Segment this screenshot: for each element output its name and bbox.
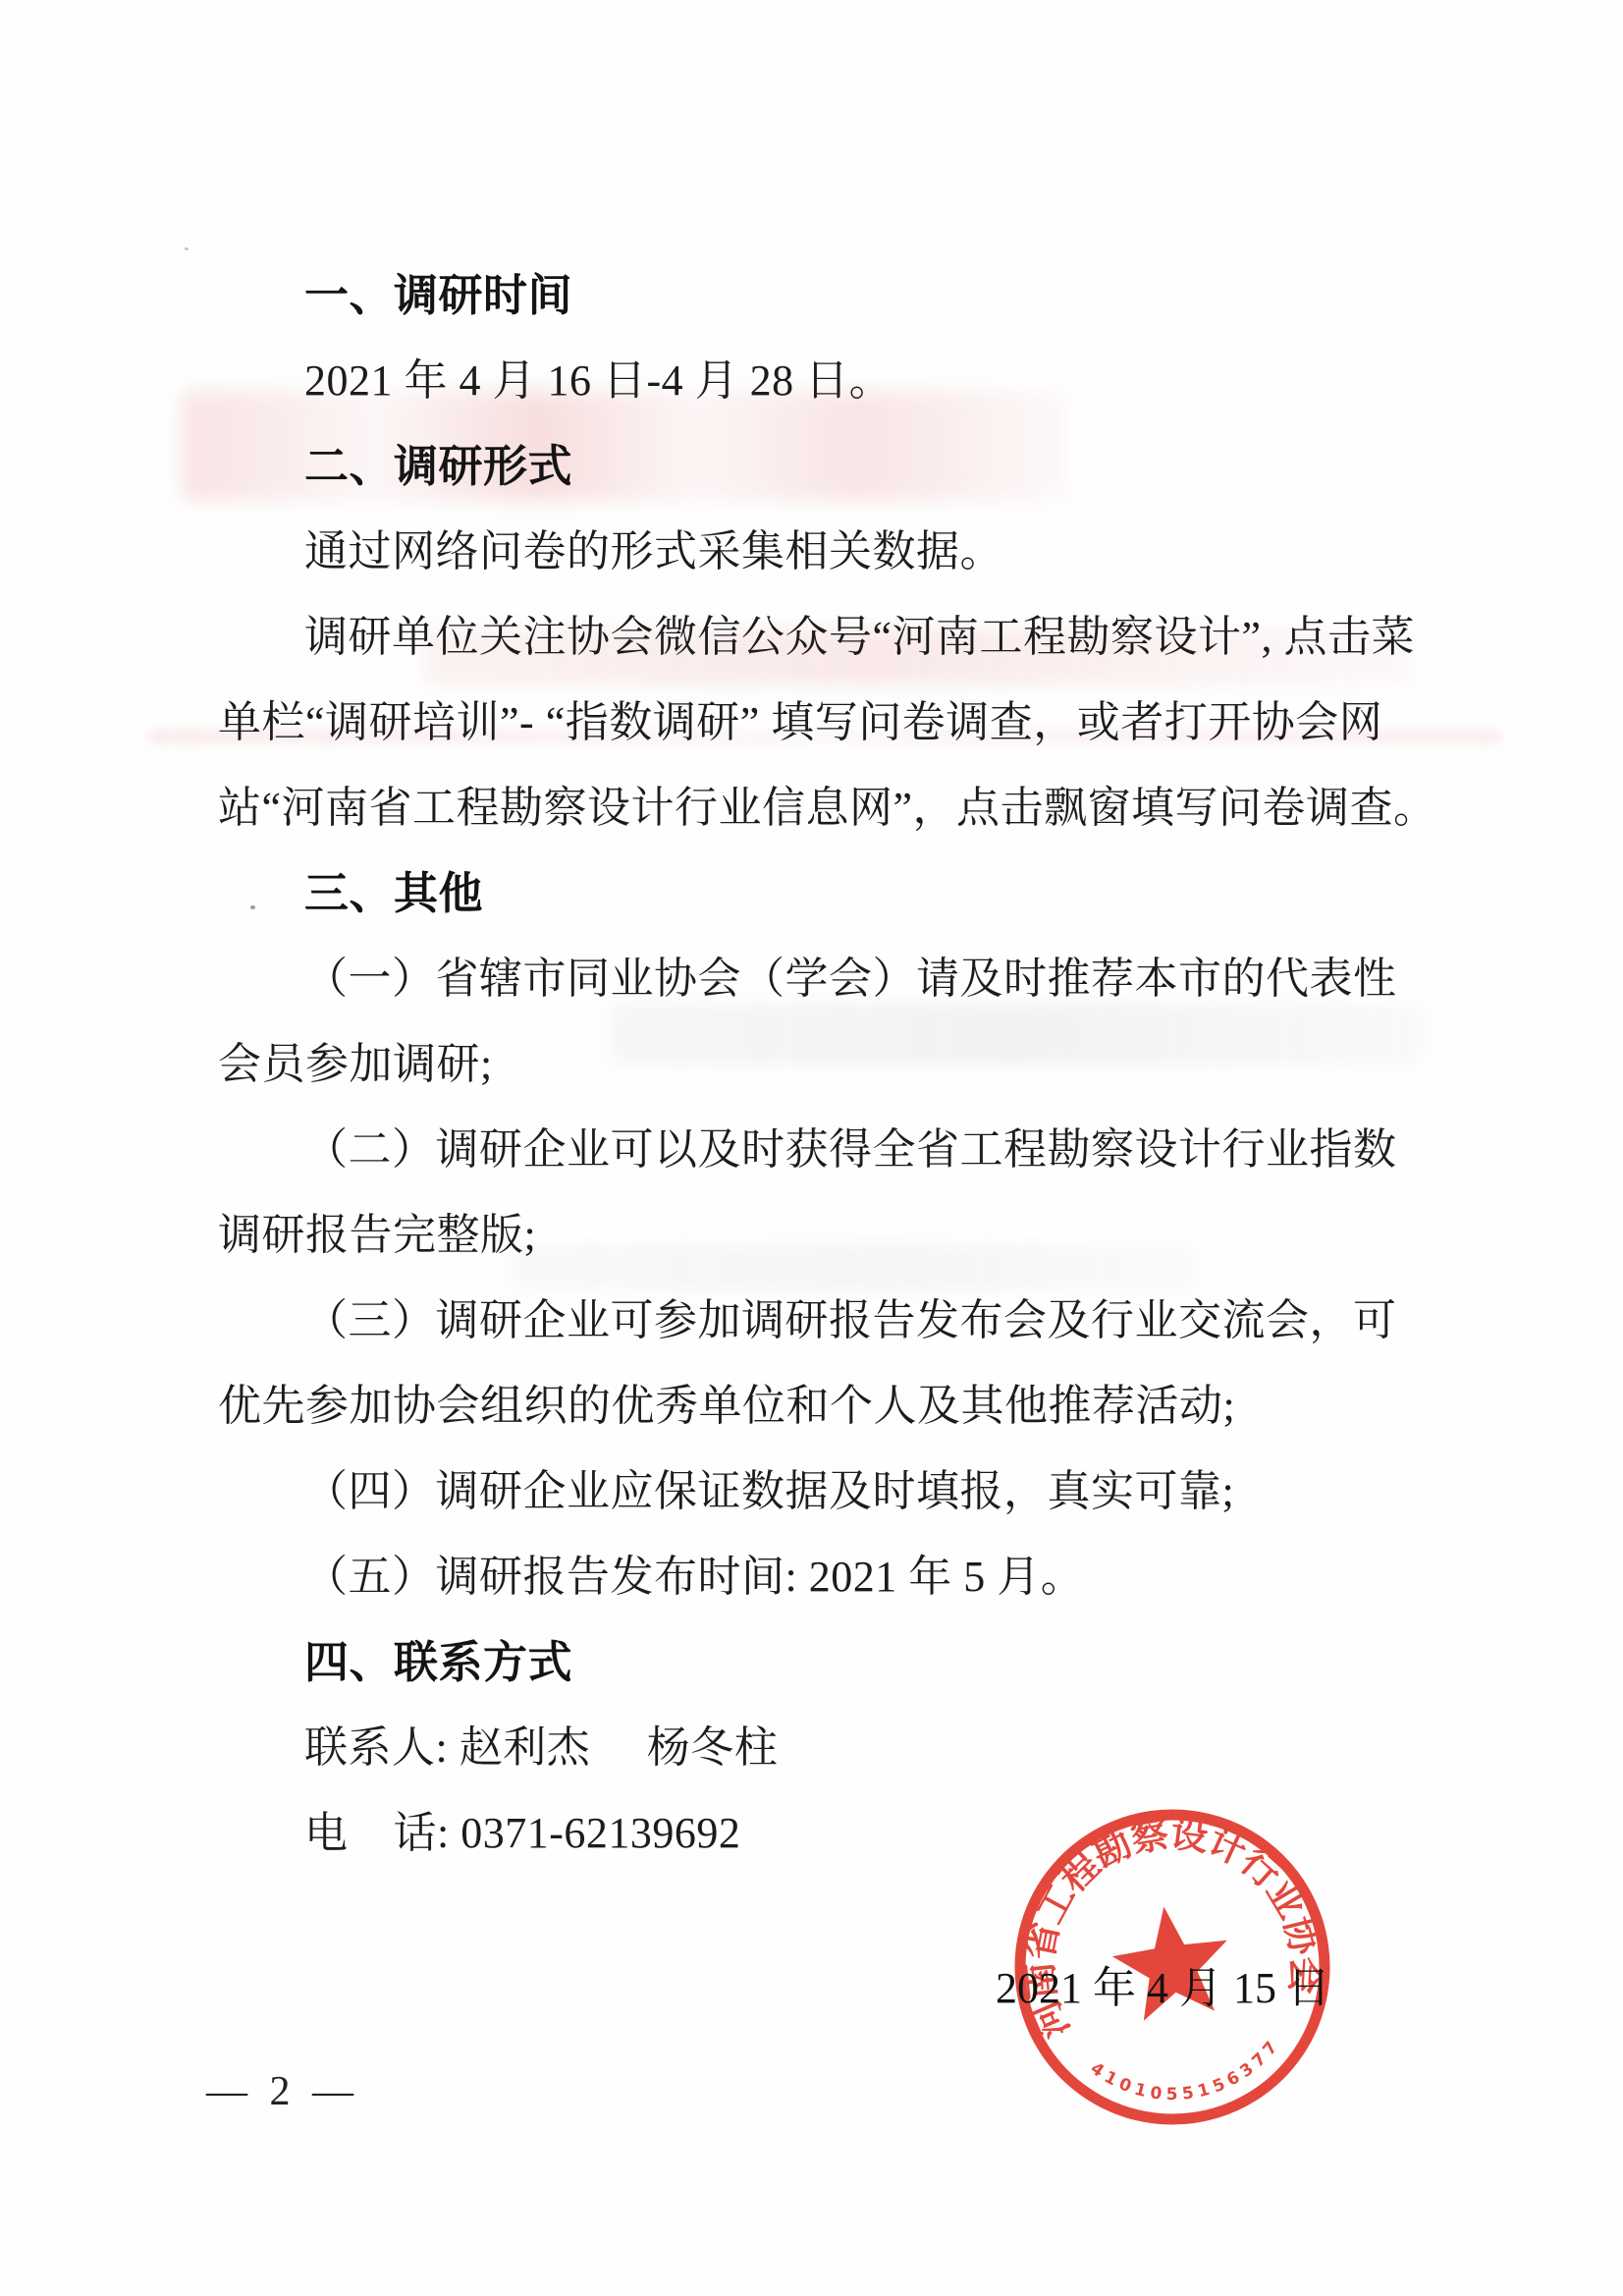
text-line: 2021 年 4 月 16 日-4 月 28 日。 — [218, 338, 1431, 423]
section-heading: 三、其他 — [218, 850, 1431, 936]
section-heading: 二、调研形式 — [218, 423, 1431, 509]
contact-person-line: 联系人: 赵利杰 杨冬柱 — [218, 1705, 1431, 1790]
text-line: 通过网络问卷的形式采集相关数据。 — [218, 509, 1431, 594]
document-page: 一、调研时间 2021 年 4 月 16 日-4 月 28 日。 二、调研形式 … — [0, 0, 1623, 2296]
section-heading: 四、联系方式 — [218, 1619, 1431, 1705]
text-line: 调研单位关注协会微信公众号“河南工程勘察设计”, 点击菜 — [218, 594, 1431, 680]
section-heading: 一、调研时间 — [218, 252, 1431, 338]
text-line: 站“河南省工程勘察设计行业信息网”，点击飘窗填写问卷调查。 — [218, 765, 1431, 850]
scan-speck — [185, 247, 189, 250]
text-line: （五）调研报告发布时间: 2021 年 5 月。 — [218, 1534, 1431, 1619]
text-line: （三）调研企业可参加调研报告发布会及行业交流会，可 — [218, 1278, 1431, 1363]
text-line: （四）调研企业应保证数据及时填报，真实可靠; — [218, 1449, 1431, 1534]
text-line: （一）省辖市同业协会（学会）请及时推荐本市的代表性 — [218, 936, 1431, 1021]
page-number: — 2 — — [206, 2068, 359, 2115]
text-line: 优先参加协会组织的优秀单位和个人及其他推荐活动; — [218, 1363, 1431, 1449]
text-line: 调研报告完整版; — [218, 1192, 1431, 1278]
text-line: 会员参加调研; — [218, 1021, 1431, 1107]
text-line: （二）调研企业可以及时获得全省工程勘察设计行业指数 — [218, 1107, 1431, 1192]
document-body: 一、调研时间 2021 年 4 月 16 日-4 月 28 日。 二、调研形式 … — [218, 252, 1431, 1876]
issue-date: 2021 年 4 月 15 日 — [996, 1952, 1330, 2015]
text-line: 单栏“调研培训”- “指数调研” 填写问卷调查，或者打开协会网 — [218, 680, 1431, 765]
